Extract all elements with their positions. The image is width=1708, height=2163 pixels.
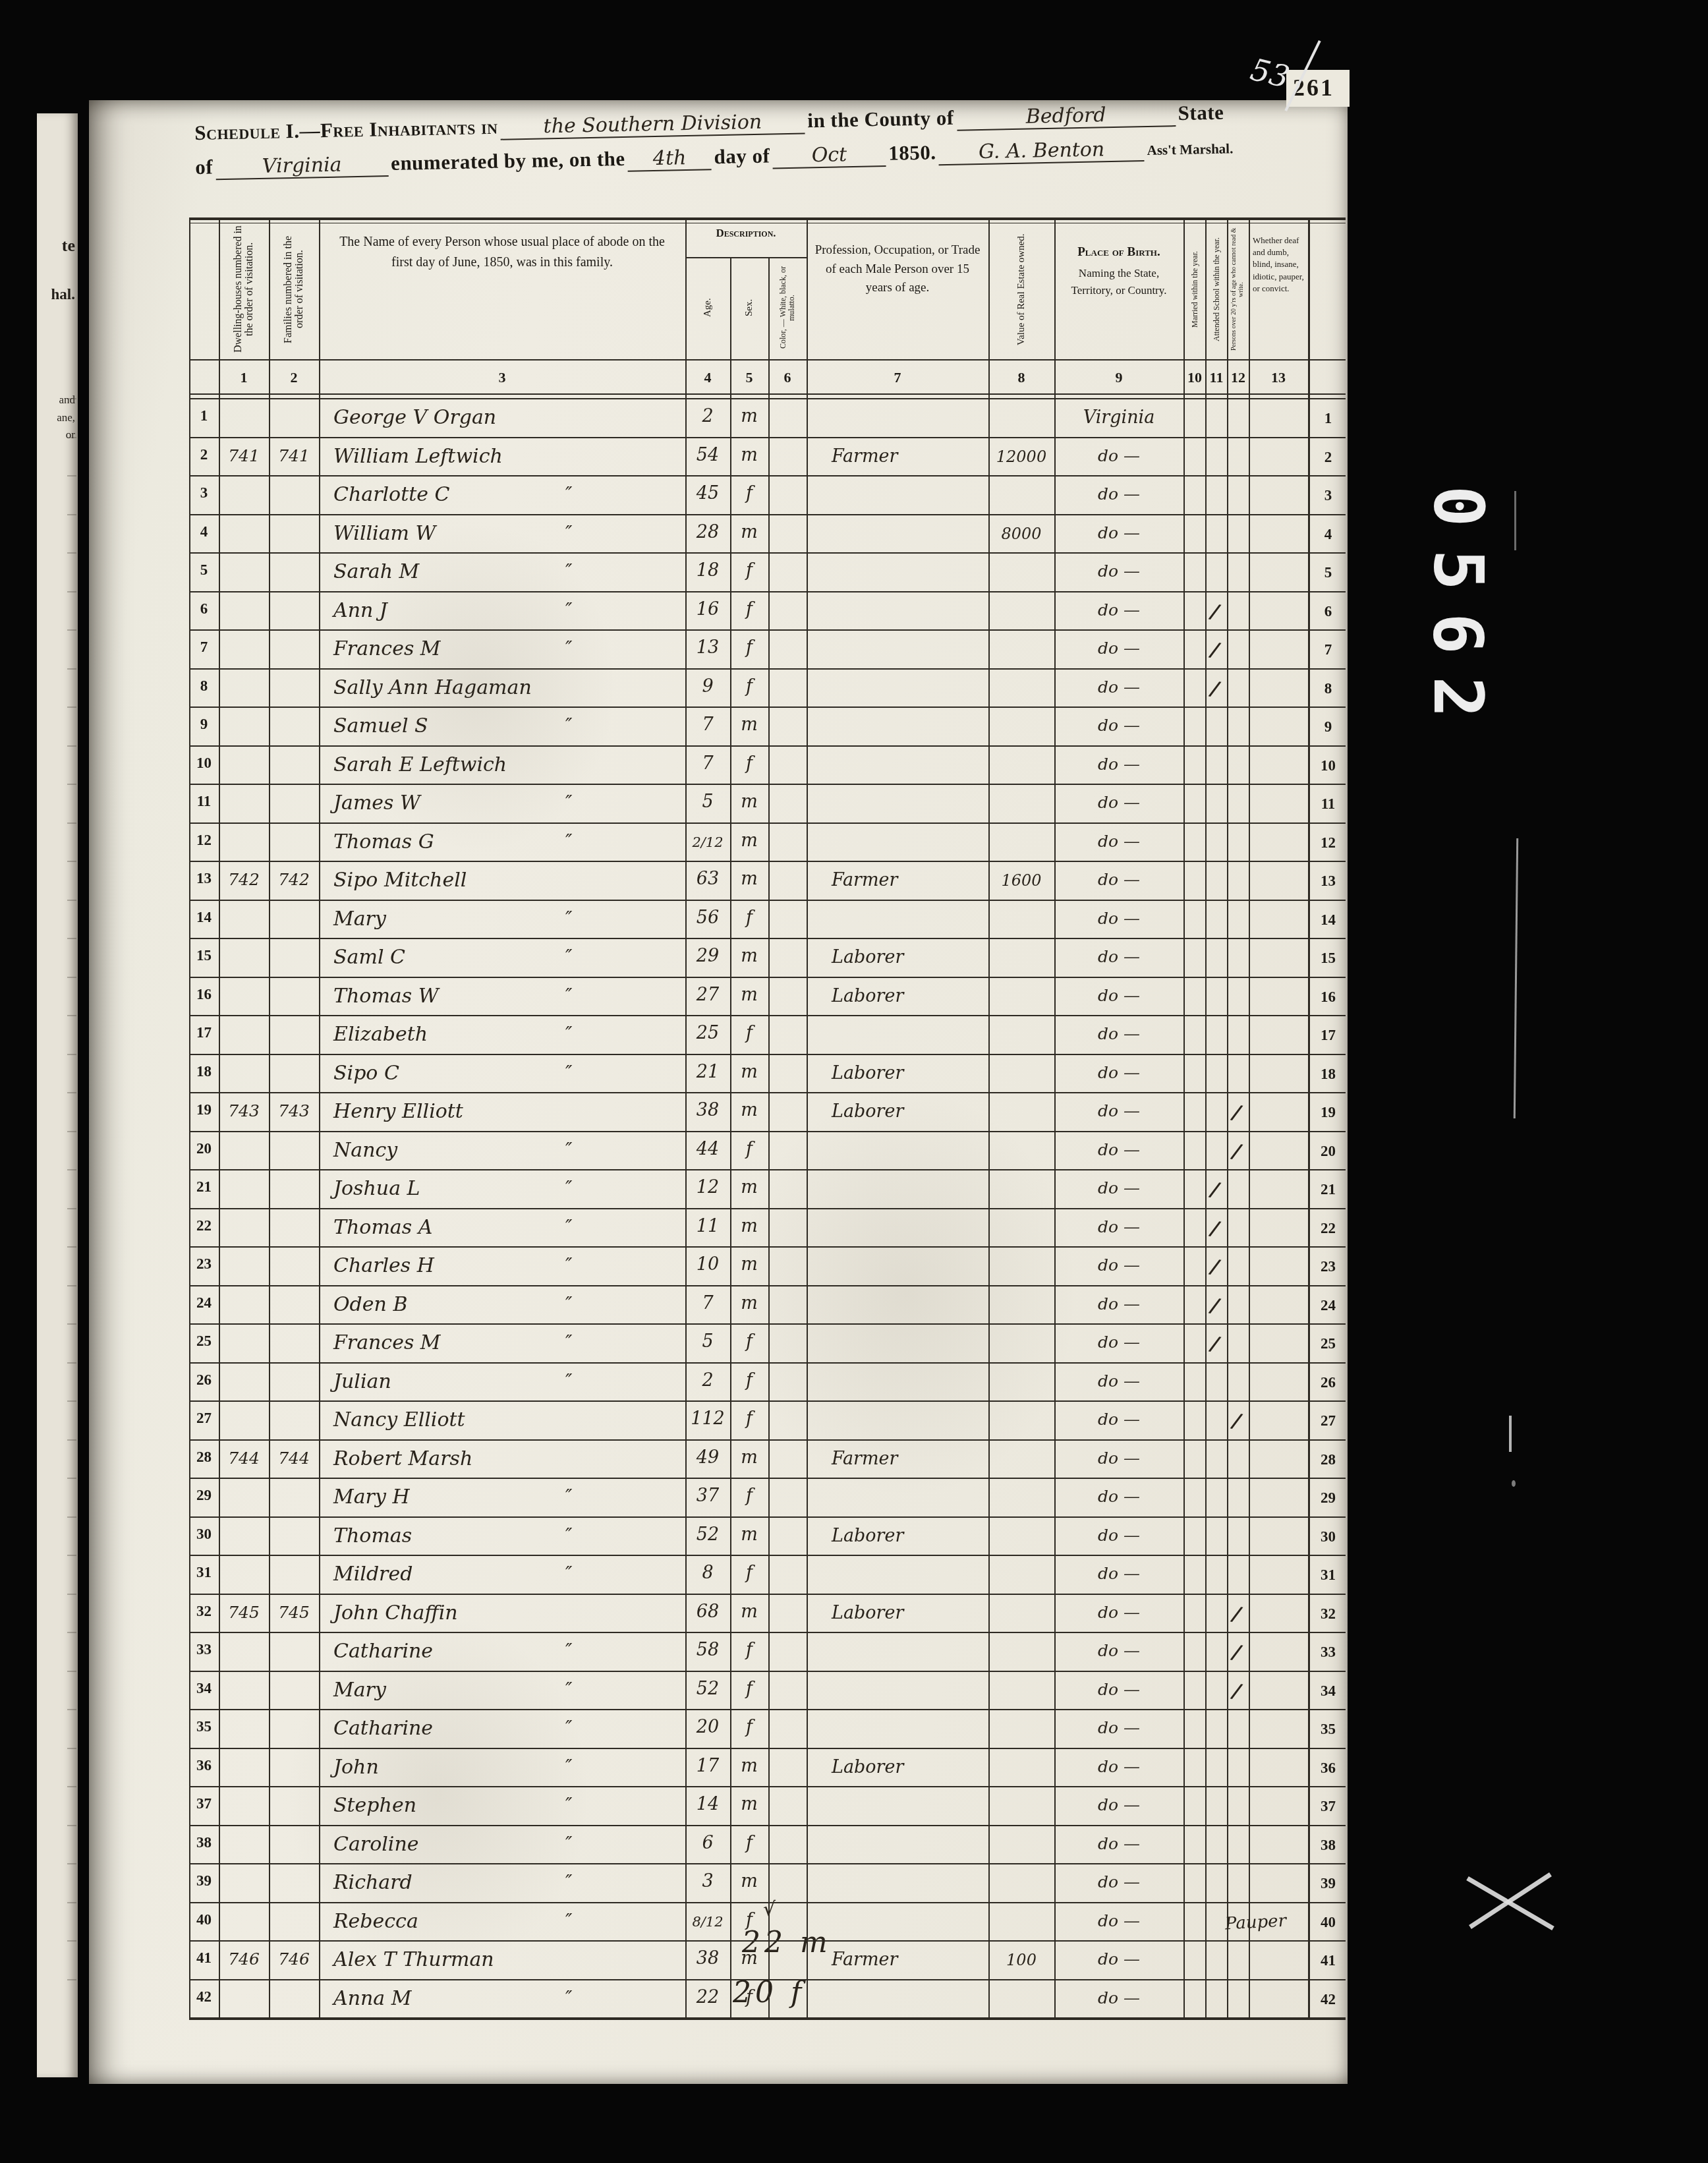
- age-value: 2: [685, 406, 730, 426]
- age-value: 28: [685, 522, 730, 542]
- dwelling-number: 746: [219, 1949, 269, 1969]
- day-of-label: day of: [714, 144, 770, 169]
- age-value: 56: [685, 908, 730, 928]
- real-estate-value: 1600: [988, 871, 1054, 890]
- person-name: William Leftwich: [333, 445, 503, 468]
- film-scratch: [1514, 491, 1516, 550]
- line-number-left: 22: [189, 1217, 219, 1234]
- facing-page-rule-stub: [67, 1285, 76, 1286]
- column-header-profession: Profession, Occupation, or Trade of each…: [814, 241, 981, 298]
- name-ditto-mark: ″: [565, 1640, 572, 1661]
- line-number-left: 29: [189, 1487, 219, 1504]
- person-name: Richard: [333, 1871, 413, 1894]
- microfilm-frame: tehal.andane,or Schedule I.—Free Inhabit…: [0, 0, 1708, 2163]
- sex-value: m: [730, 406, 768, 426]
- grid-line-h: [189, 359, 1346, 360]
- name-ditto-mark: ″: [565, 1794, 572, 1816]
- facing-page-edge: tehal.andane,or: [37, 113, 78, 2077]
- age-value: 52: [685, 1679, 730, 1699]
- grid-line-v: [768, 257, 770, 2017]
- birthplace-value: do —: [1054, 678, 1183, 697]
- grid-line-h: [189, 977, 1346, 978]
- person-name: Nancy: [333, 1139, 397, 1162]
- division-handwritten: the Southern Division: [500, 109, 805, 140]
- family-number: 745: [269, 1603, 319, 1622]
- line-number-right: 32: [1311, 1605, 1346, 1623]
- name-ditto-mark: ″: [565, 1833, 572, 1855]
- column-number: 3: [486, 369, 518, 386]
- person-name: George V Organ: [333, 406, 496, 429]
- facing-page-rule-stub: [67, 1786, 76, 1787]
- grid-line-v: [730, 257, 731, 2017]
- sex-value: m: [730, 1756, 768, 1776]
- name-ditto-mark: ″: [565, 714, 572, 736]
- grid-line-h: [189, 1054, 1346, 1055]
- real-estate-value: 8000: [988, 525, 1054, 543]
- of-label: of: [195, 155, 213, 179]
- person-name: Frances M: [333, 637, 441, 660]
- birthplace-value: do —: [1054, 1294, 1183, 1313]
- age-value: 63: [685, 869, 730, 889]
- birthplace-value: do —: [1054, 1795, 1183, 1814]
- age-value: 14: [685, 1794, 730, 1814]
- grid-line-h: [189, 1439, 1346, 1441]
- column-number: 4: [692, 369, 724, 386]
- line-number-right: 36: [1311, 1760, 1346, 1777]
- name-ditto-mark: ″: [565, 946, 572, 967]
- sex-value: m: [730, 445, 768, 465]
- grid-line-h: [189, 784, 1346, 785]
- grid-line-h: [189, 1246, 1346, 1248]
- facing-page-text-fragment: and: [59, 393, 75, 407]
- birthplace-value: do —: [1054, 1641, 1183, 1660]
- person-name: Caroline: [333, 1833, 419, 1856]
- line-number-left: 11: [189, 793, 219, 810]
- name-ditto-mark: ″: [565, 599, 572, 621]
- line-number-left: 38: [189, 1834, 219, 1851]
- line-number-left: 15: [189, 947, 219, 964]
- age-value: 25: [685, 1023, 730, 1043]
- occupation-value: Laborer: [832, 947, 903, 967]
- x-mark: [1460, 1864, 1562, 1940]
- person-name: John Chaffin: [333, 1601, 458, 1625]
- sex-value: m: [730, 1794, 768, 1814]
- name-ditto-mark: ″: [565, 1756, 572, 1777]
- line-number-right: 34: [1311, 1683, 1346, 1700]
- line-number-right: 20: [1311, 1143, 1346, 1160]
- sex-value: m: [730, 1948, 768, 1969]
- sex-value: f: [730, 1833, 768, 1853]
- birthplace-value: do —: [1054, 1255, 1183, 1275]
- person-name: Elizabeth: [333, 1023, 428, 1046]
- sex-value: m: [730, 985, 768, 1005]
- age-value: 9: [685, 676, 730, 697]
- facing-page-rule-stub: [67, 1439, 76, 1441]
- column-number: 7: [882, 369, 913, 386]
- grid-line-h: [189, 1748, 1346, 1749]
- name-ditto-mark: ″: [565, 1139, 572, 1161]
- person-name: Alex T Thurman: [333, 1948, 494, 1971]
- person-name: Robert Marsh: [333, 1447, 472, 1470]
- line-number-left: 42: [189, 1988, 219, 2005]
- facing-page-rule-stub: [67, 1015, 76, 1016]
- age-value: 29: [685, 946, 730, 966]
- line-number-left: 9: [189, 716, 219, 733]
- grid-line-h: [189, 1400, 1346, 1402]
- name-ditto-mark: ″: [565, 792, 572, 813]
- facing-page-rule-stub: [67, 1323, 76, 1325]
- age-value: 2/12: [685, 834, 730, 850]
- age-value: 18: [685, 560, 730, 581]
- film-speck: [1512, 1480, 1516, 1487]
- age-value: 112: [685, 1408, 730, 1429]
- line-number-right: 28: [1311, 1451, 1346, 1468]
- person-name: William W: [333, 522, 436, 545]
- grid-line-h: [189, 938, 1346, 939]
- grid-line-h: [189, 398, 1346, 399]
- age-value: 7: [685, 753, 730, 774]
- grid-line-h: [189, 1671, 1346, 1672]
- grid-line-h: [189, 591, 1346, 592]
- facing-page-rule-stub: [67, 900, 76, 901]
- line-number-right: 9: [1311, 718, 1346, 735]
- grid-line-h: [189, 861, 1346, 862]
- grid-line-h: [189, 822, 1346, 824]
- birthplace-value: do —: [1054, 986, 1183, 1005]
- line-number-left: 10: [189, 755, 219, 772]
- age-value: 37: [685, 1485, 730, 1506]
- facing-page-rule-stub: [67, 1748, 76, 1749]
- name-ditto-mark: ″: [565, 1331, 572, 1353]
- sex-value: m: [730, 830, 768, 851]
- person-name: Samuel S: [333, 714, 428, 737]
- person-name: Saml C: [333, 946, 405, 969]
- month-handwritten: Oct: [772, 142, 886, 169]
- line-number-left: 3: [189, 484, 219, 502]
- birthplace-value: do —: [1054, 1834, 1183, 1853]
- column-header-real-estate: Value of Real Estate owned.: [992, 224, 1051, 355]
- facing-page-rule-stub: [67, 437, 76, 438]
- sex-value: f: [730, 1717, 768, 1737]
- person-name: Catharine: [333, 1717, 433, 1740]
- dwelling-number: 743: [219, 1101, 269, 1120]
- facing-page-rule-stub: [67, 1131, 76, 1132]
- person-name: Sipo Mitchell: [333, 869, 467, 892]
- marshal-title: Ass't Marshal.: [1147, 140, 1233, 159]
- grid-line-h: [189, 707, 1346, 708]
- grid-line-h: [189, 668, 1346, 670]
- age-value: 7: [685, 714, 730, 735]
- film-frame-number: 0562: [1419, 442, 1498, 784]
- person-name: Ann J: [333, 599, 387, 622]
- occupation-value: Laborer: [832, 1757, 903, 1777]
- line-number-right: 4: [1311, 526, 1346, 543]
- occupation-value: Farmer: [832, 446, 897, 467]
- dwelling-number: 741: [219, 446, 269, 465]
- line-number-left: 13: [189, 870, 219, 887]
- name-ditto-mark: ″: [565, 1987, 572, 2009]
- person-name: Mildred: [333, 1563, 413, 1586]
- person-name: Rebecca: [333, 1910, 418, 1933]
- person-name: Nancy Elliott: [333, 1408, 465, 1431]
- facing-page-rule-stub: [67, 668, 76, 670]
- sex-value: m: [730, 522, 768, 542]
- facing-page-rule-stub: [67, 938, 76, 939]
- line-number-left: 40: [189, 1911, 219, 1928]
- column-number: 9: [1103, 369, 1135, 386]
- sex-value: f: [730, 1408, 768, 1429]
- birthplace-value: do —: [1054, 1988, 1183, 2007]
- name-ditto-mark: ″: [565, 985, 572, 1006]
- facing-page-rule-stub: [67, 1902, 76, 1903]
- dwelling-number: 742: [219, 870, 269, 889]
- line-number-right: 37: [1311, 1798, 1346, 1815]
- facing-page-rule-stub: [67, 1246, 76, 1248]
- sex-value: f: [730, 560, 768, 581]
- line-number-left: 16: [189, 986, 219, 1003]
- birthplace-value: do —: [1054, 947, 1183, 966]
- sex-value: f: [730, 483, 768, 504]
- line-number-left: 18: [189, 1063, 219, 1080]
- age-value: 21: [685, 1062, 730, 1082]
- person-name: Sipo C: [333, 1062, 399, 1085]
- grid-line-h: [189, 552, 1346, 554]
- age-value: 20: [685, 1717, 730, 1737]
- line-number-right: 22: [1311, 1220, 1346, 1237]
- line-number-left: 24: [189, 1294, 219, 1312]
- birthplace-value: do —: [1054, 1680, 1183, 1699]
- sex-value: m: [730, 1871, 768, 1891]
- line-number-right: 29: [1311, 1489, 1346, 1507]
- column-header-cannot-read: Persons over 20 y'rs of age who cannot r…: [1228, 224, 1249, 355]
- facing-page-rule-stub: [67, 1092, 76, 1093]
- age-value: 7: [685, 1293, 730, 1313]
- line-number-left: 41: [189, 1949, 219, 1967]
- age-value: 8: [685, 1563, 730, 1583]
- age-value: 58: [685, 1640, 730, 1660]
- column-number: 5: [733, 369, 765, 386]
- birthplace-value: do —: [1054, 909, 1183, 928]
- sex-value: f: [730, 637, 768, 658]
- age-value: 68: [685, 1601, 730, 1622]
- grid-line-h: [189, 1362, 1346, 1364]
- sex-value: f: [730, 1563, 768, 1583]
- grid-line-h: [189, 217, 1346, 220]
- age-value: 2: [685, 1370, 730, 1391]
- line-number-right: 25: [1311, 1335, 1346, 1352]
- grid-line-h: [189, 1863, 1346, 1864]
- name-ditto-mark: ″: [565, 1062, 572, 1083]
- birthplace-value: do —: [1054, 1333, 1183, 1352]
- age-value: 11: [685, 1216, 730, 1236]
- facing-page-rule-stub: [67, 861, 76, 862]
- grid-line-h: [189, 1940, 1346, 1942]
- grid-line-h: [189, 1015, 1346, 1016]
- person-name: Catharine: [333, 1640, 433, 1663]
- birthplace-value: do —: [1054, 639, 1183, 658]
- facing-page-rule-stub: [67, 1054, 76, 1055]
- age-value: 16: [685, 599, 730, 620]
- birthplace-value: do —: [1054, 1101, 1183, 1120]
- name-ditto-mark: ″: [565, 1679, 572, 1700]
- column-number: 1: [228, 369, 260, 386]
- column-header-sex: Sex.: [733, 261, 765, 355]
- facing-page-rule-stub: [67, 591, 76, 592]
- birthplace-value: do —: [1054, 1487, 1183, 1506]
- line-number-left: 12: [189, 832, 219, 849]
- film-scratch: [1509, 1416, 1512, 1452]
- name-ditto-mark: ″: [565, 522, 572, 544]
- name-ditto-mark: ″: [565, 1910, 572, 1932]
- column-number: 12: [1222, 369, 1254, 386]
- line-number-left: 31: [189, 1564, 219, 1581]
- age-value: 17: [685, 1756, 730, 1776]
- family-number: 746: [269, 1949, 319, 1969]
- line-number-right: 13: [1311, 873, 1346, 890]
- name-ditto-mark: ″: [565, 483, 572, 505]
- grid-line-h: [189, 629, 1346, 631]
- birthplace-value: do —: [1054, 1526, 1183, 1545]
- dwelling-number: 745: [219, 1603, 269, 1622]
- line-number-right: 14: [1311, 911, 1346, 929]
- line-number-left: 32: [189, 1603, 219, 1620]
- birthplace-value: do —: [1054, 1949, 1183, 1969]
- line-number-left: 26: [189, 1371, 219, 1389]
- occupation-value: Farmer: [832, 1449, 897, 1469]
- grid-line-h: [189, 1208, 1346, 1209]
- name-ditto-mark: ″: [565, 560, 572, 582]
- line-number-left: 37: [189, 1795, 219, 1812]
- sex-value: m: [730, 714, 768, 735]
- facing-page-rule-stub: [67, 1632, 76, 1633]
- age-value: 38: [685, 1948, 730, 1969]
- facing-page-rule-stub: [67, 1400, 76, 1402]
- sex-value: f: [730, 1139, 768, 1159]
- sex-value: f: [730, 1910, 768, 1930]
- occupation-value: Farmer: [832, 1949, 897, 1970]
- birthplace-value: do —: [1054, 755, 1183, 774]
- sex-value: f: [730, 1640, 768, 1660]
- column-header-married: Married within the year.: [1184, 224, 1205, 355]
- facing-page-rule-stub: [67, 1979, 76, 1980]
- line-number-right: 19: [1311, 1104, 1346, 1121]
- birthplace-value: do —: [1054, 1911, 1183, 1930]
- year-label: 1850.: [888, 140, 936, 165]
- name-ditto-mark: ″: [565, 1216, 572, 1238]
- birthplace-value: do —: [1054, 1757, 1183, 1776]
- sex-value: f: [730, 676, 768, 697]
- name-ditto-mark: ″: [565, 1254, 572, 1276]
- line-number-right: 6: [1311, 603, 1346, 620]
- grid-line-h: [189, 2017, 1346, 2020]
- column-header-age: Age.: [689, 261, 726, 355]
- line-number-left: 28: [189, 1449, 219, 1466]
- line-number-left: 33: [189, 1641, 219, 1658]
- grid-line-h: [189, 1902, 1346, 1903]
- column-header-color: Color, — White, black, or mulatto.: [770, 261, 805, 355]
- line-number-right: 23: [1311, 1258, 1346, 1275]
- grid-line-h: [189, 1555, 1346, 1556]
- grid-line-h: [189, 223, 1346, 223]
- column-header-name: The Name of every Person whose usual pla…: [328, 232, 676, 273]
- film-scratch: [1514, 838, 1518, 1118]
- sex-value: m: [730, 1062, 768, 1082]
- line-number-right: 5: [1311, 564, 1346, 581]
- real-estate-value: 100: [988, 1951, 1054, 1969]
- line-number-left: 27: [189, 1410, 219, 1427]
- line-number-left: 34: [189, 1680, 219, 1697]
- birthplace-value: do —: [1054, 1178, 1183, 1197]
- county-label: in the County of: [807, 106, 954, 132]
- age-value: 44: [685, 1139, 730, 1159]
- line-number-right: 10: [1311, 757, 1346, 774]
- age-value: 38: [685, 1100, 730, 1120]
- family-number: 743: [269, 1101, 319, 1120]
- person-name: Sarah E Leftwich: [333, 753, 507, 776]
- birthplace-value: do —: [1054, 793, 1183, 812]
- column-group-description: Description.: [685, 227, 807, 240]
- sex-value: f: [730, 1485, 768, 1506]
- birthplace-value: do —: [1054, 832, 1183, 851]
- grid-line-h: [189, 1786, 1346, 1787]
- facing-page-rule-stub: [67, 784, 76, 785]
- facing-page-rule-stub: [67, 822, 76, 824]
- birthplace-value: do —: [1054, 1718, 1183, 1737]
- name-ditto-mark: ″: [565, 1177, 572, 1199]
- name-ditto-mark: ″: [565, 1563, 572, 1584]
- person-name: John: [333, 1756, 379, 1779]
- line-number-right: 40: [1311, 1914, 1346, 1931]
- facing-page-text-fragment: hal.: [51, 286, 75, 303]
- grid-line-h: [189, 1092, 1346, 1093]
- column-header-attended-school: Attended School within the year.: [1206, 224, 1227, 355]
- person-name: Thomas A: [333, 1216, 432, 1239]
- facing-page-rule-stub: [67, 745, 76, 747]
- facing-page-text-fragment: te: [62, 236, 75, 256]
- line-number-right: 16: [1311, 989, 1346, 1006]
- sex-value: m: [730, 869, 768, 889]
- grid-line-h: [189, 1323, 1346, 1325]
- grid-line-h: [189, 475, 1346, 476]
- column-number: 13: [1263, 369, 1294, 386]
- age-value: 45: [685, 483, 730, 504]
- age-value: 12: [685, 1177, 730, 1197]
- person-name: Mary: [333, 908, 386, 931]
- line-number-right: 31: [1311, 1567, 1346, 1584]
- birthplace-value: do —: [1054, 716, 1183, 735]
- grid-line-h: [189, 1709, 1346, 1710]
- family-number: 742: [269, 870, 319, 889]
- age-value: 6: [685, 1833, 730, 1853]
- facing-page-rule-stub: [67, 1594, 76, 1595]
- age-value: 52: [685, 1524, 730, 1545]
- line-number-left: 25: [189, 1333, 219, 1350]
- line-number-right: 11: [1311, 795, 1346, 813]
- sex-value: f: [730, 1987, 768, 2007]
- line-number-right: 1: [1311, 410, 1346, 427]
- birthplace-value: do —: [1054, 1603, 1183, 1622]
- column-header-dwelling: Dwelling-houses numbered in the order of…: [221, 224, 267, 355]
- name-ditto-mark: ″: [565, 1485, 572, 1507]
- line-number-left: 7: [189, 639, 219, 656]
- facing-page-rule-stub: [67, 1671, 76, 1672]
- facing-page-rule-stub: [67, 1169, 76, 1170]
- marshal-signature: G. A. Benton: [938, 137, 1145, 165]
- name-ditto-mark: ″: [565, 1871, 572, 1893]
- state-label: State: [1178, 101, 1224, 125]
- name-ditto-mark: ″: [565, 1717, 572, 1739]
- occupation-value: Laborer: [832, 986, 903, 1006]
